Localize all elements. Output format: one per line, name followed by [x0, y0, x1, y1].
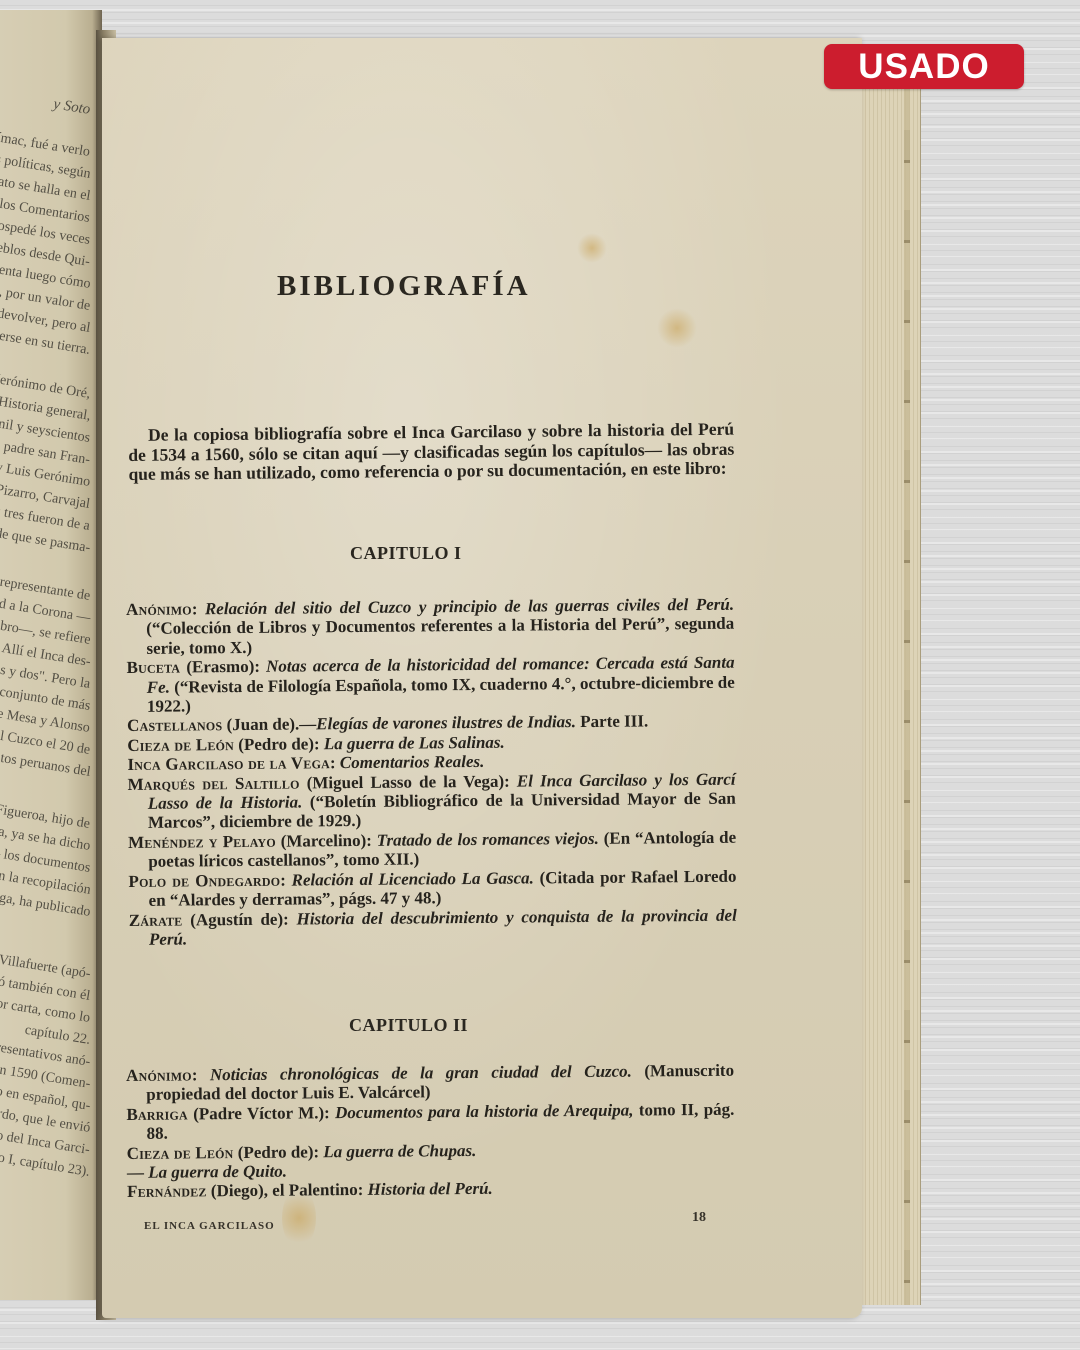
- page-content: BIBLIOGRAFÍA De la copiosa bibliografía …: [102, 38, 862, 1318]
- entry-author: Anónimo: [126, 599, 192, 619]
- bibliography-entry: Barriga (Padre Víctor M.): Documentos pa…: [126, 1100, 734, 1144]
- entry-note: (“Colección de Libros y Documentos refer…: [146, 614, 734, 658]
- entry-note: (“Revista de Filología Española, tomo IX…: [147, 672, 735, 716]
- entry-separator: (Agustín de):: [182, 909, 296, 929]
- entry-author: Zárate: [129, 910, 183, 929]
- entry-author: Castellanos: [127, 716, 222, 736]
- bibliography-entry: Anónimo: Noticias chronológicas de la gr…: [126, 1061, 734, 1105]
- page-title: BIBLIOGRAFÍA: [277, 270, 531, 303]
- entry-work-title: Relación al Licenciado La Gasca.: [291, 868, 533, 889]
- entry-separator: :: [280, 870, 292, 889]
- entry-work-title: Historia del Perú.: [368, 1179, 493, 1199]
- entry-work-title: Noticias chronológicas de la gran ciudad…: [210, 1062, 632, 1085]
- entry-separator: (Pedro de):: [234, 734, 324, 754]
- entry-work-title: Comentarios Reales.: [340, 752, 485, 772]
- chapter-heading-2: CAPITULO II: [349, 1015, 468, 1036]
- entry-separator: (Juan de).—: [222, 715, 316, 735]
- entry-work-title: Tratado de los romances viejos.: [377, 829, 599, 850]
- entry-separator: (Pedro de):: [233, 1142, 323, 1162]
- entry-author: Cieza de León: [127, 1143, 234, 1163]
- entry-author: Fernández: [127, 1182, 207, 1202]
- entry-separator: :: [192, 1065, 210, 1084]
- bibliography-entry: Zárate (Agustín de): Historia del descub…: [129, 905, 737, 949]
- entry-separator: (Diego), el Palentino:: [207, 1180, 368, 1200]
- open-book: y Soto ado el Rímac, fué a verlorazones …: [0, 0, 1080, 1350]
- right-page: BIBLIOGRAFÍA De la copiosa bibliografía …: [102, 38, 862, 1318]
- entry-work-title: Documentos para la historia de Arequipa,: [335, 1100, 634, 1122]
- entry-separator: —: [127, 1163, 148, 1182]
- entry-author: Cieza de León: [127, 735, 234, 755]
- entry-separator: (Erasmo):: [180, 657, 266, 677]
- entry-author: Inca Garcilaso de la Vega: [127, 753, 330, 774]
- bibliography-entry: Polo de Ondegardo: Relación al Licenciad…: [128, 866, 736, 910]
- page-number: 18: [692, 1210, 706, 1226]
- bibliography-entry: Buceta (Erasmo): Notas acerca de la hist…: [127, 653, 735, 717]
- entry-work-title: La guerra de Chupas.: [323, 1141, 476, 1161]
- entry-separator: :: [192, 599, 205, 618]
- chapter-1-entries: Anónimo: Relación del sitio del Cuzco y …: [126, 595, 737, 950]
- entry-work-title: La guerra de Quito.: [148, 1162, 287, 1182]
- used-condition-badge: USADO: [824, 44, 1024, 89]
- footer-signature: EL INCA GARCILASO: [144, 1220, 275, 1232]
- entry-author: Barriga: [126, 1104, 188, 1124]
- entry-separator: (Miguel Lasso de la Vega):: [299, 771, 516, 792]
- chapter-2-entries: Anónimo: Noticias chronológicas de la gr…: [126, 1061, 735, 1202]
- entry-author: Buceta: [127, 658, 181, 677]
- bibliography-entry: Marqués del Saltillo (Miguel Lasso de la…: [128, 769, 736, 833]
- chapter-heading-1: CAPITULO I: [350, 543, 462, 564]
- entry-author: Anónimo: [126, 1065, 192, 1085]
- entry-author: Menéndez y Pelayo: [128, 832, 276, 852]
- bibliography-entry: Fernández (Diego), el Palentino: Histori…: [127, 1177, 735, 1202]
- bibliography-entry: Anónimo: Relación del sitio del Cuzco y …: [126, 595, 734, 659]
- entry-separator: (Marcelino):: [276, 831, 377, 851]
- entry-work-title: Elegías de varones ilustres de Indias.: [316, 713, 576, 734]
- badge-label: USADO: [858, 47, 989, 87]
- entry-author: Polo de Ondegardo: [128, 870, 280, 890]
- intro-paragraph: De la copiosa bibliografía sobre el Inca…: [128, 419, 735, 484]
- entry-separator: (Padre Víctor M.):: [188, 1103, 335, 1123]
- left-page: y Soto ado el Rímac, fué a verlorazones …: [0, 10, 102, 1300]
- bibliography-entry: Menéndez y Pelayo (Marcelino): Tratado d…: [128, 828, 736, 872]
- left-page-running-head: y Soto: [52, 96, 91, 119]
- entry-work-title: La guerra de Las Salinas.: [324, 733, 505, 754]
- entry-author: Marqués del Saltillo: [128, 773, 300, 793]
- entry-note: Parte III.: [576, 712, 648, 732]
